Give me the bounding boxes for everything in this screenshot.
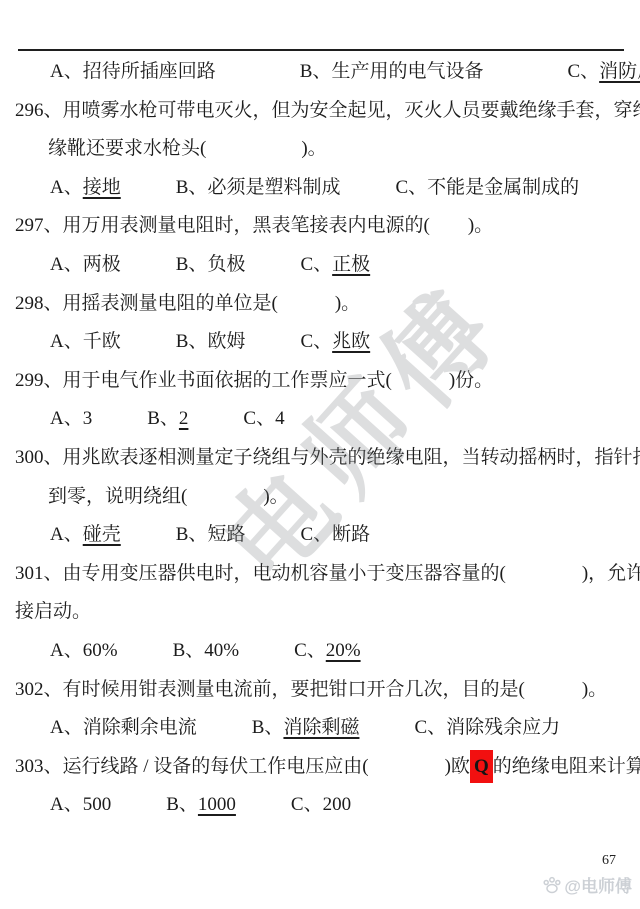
option-b: B、负极 [176, 254, 246, 275]
option-label: C、 [243, 408, 275, 429]
question-text-line: 298、用摇表测量电阻的单位是( )。 [0, 285, 640, 324]
option-a: A、千欧 [50, 331, 121, 352]
option-label: C、 [300, 524, 332, 545]
option-label: C、 [395, 177, 427, 198]
option-c: C、不能是金属制成的 [395, 177, 579, 198]
option-label: A、 [50, 177, 83, 198]
corner-watermark: @电师傅 [542, 872, 632, 897]
option-label: A、 [50, 794, 83, 815]
option-text: 负极 [207, 254, 245, 275]
option-label: A、 [50, 61, 83, 82]
option-a: A、碰壳 [50, 524, 121, 545]
options-line: A、招待所插座回路B、生产用的电气设备C、消防用电梯 [0, 53, 640, 92]
option-b: B、短路 [176, 524, 246, 545]
option-text: 必须是塑料制成 [207, 177, 340, 198]
option-label: C、 [300, 331, 332, 352]
option-c: C、20% [294, 640, 361, 661]
option-c: C、兆欧 [300, 331, 370, 352]
option-text: 200 [323, 794, 352, 815]
option-text: 不能是金属制成的 [427, 177, 579, 198]
option-label: A、 [50, 640, 83, 661]
option-label: A、 [50, 524, 83, 545]
option-label: C、 [294, 640, 326, 661]
option-text: 消除残余应力 [446, 717, 560, 738]
question-text-line: 300、用兆欧表逐相测量定子绕组与外壳的绝缘电阻，当转动摇柄时，指针指 [0, 439, 640, 478]
option-label: A、 [50, 331, 83, 352]
option-b: B、2 [147, 408, 188, 429]
correct-answer: 正极 [332, 254, 370, 275]
option-text: 短路 [207, 524, 245, 545]
option-b: B、1000 [166, 794, 236, 815]
options-line: A、两极B、负极C、正极 [0, 246, 640, 285]
option-a: A、两极 [50, 254, 121, 275]
option-c: C、200 [291, 794, 351, 815]
option-c: C、4 [243, 408, 284, 429]
option-label: B、 [176, 331, 208, 352]
option-c: C、正极 [300, 254, 370, 275]
option-label: B、 [252, 717, 284, 738]
option-c: C、断路 [300, 524, 370, 545]
option-b: B、欧姆 [176, 331, 246, 352]
correct-answer: 消除剩磁 [283, 717, 359, 738]
text-segment: 的绝缘电阻来计算。 [493, 756, 640, 777]
text-segment: 301、由专用变压器供电时，电动机容量小于变压器容量的( )，允许直 [15, 563, 640, 584]
option-c: C、消除残余应力 [414, 717, 560, 738]
options-line: A、500B、1000C、200 [0, 786, 640, 825]
question-text-line: 接启动。 [0, 593, 640, 632]
option-text: 招待所插座回路 [83, 61, 216, 82]
highlighted-text: Q [470, 750, 493, 783]
option-b: B、必须是塑料制成 [176, 177, 341, 198]
option-b: B、40% [173, 640, 240, 661]
options-line: A、60%B、40%C、20% [0, 632, 640, 671]
option-label: B、 [176, 524, 208, 545]
options-line: A、碰壳B、短路C、断路 [0, 516, 640, 555]
correct-answer: 兆欧 [332, 331, 370, 352]
option-label: C、 [567, 61, 599, 82]
correct-answer: 碰壳 [83, 524, 121, 545]
question-text-line: 297、用万用表测量电阻时，黑表笔接表内电源的( )。 [0, 207, 640, 246]
option-text: 4 [275, 408, 285, 429]
option-a: A、接地 [50, 177, 121, 198]
corner-watermark-text: @电师傅 [564, 872, 632, 897]
option-text: 500 [83, 794, 112, 815]
option-text: 3 [83, 408, 93, 429]
option-text: 60% [83, 640, 118, 661]
option-a: A、3 [50, 408, 92, 429]
option-a: A、消除剩余电流 [50, 717, 197, 738]
option-text: 消除剩余电流 [83, 717, 197, 738]
question-text-line: 299、用于电气作业书面依据的工作票应一式( )份。 [0, 362, 640, 401]
question-text-line: 缘靴还要求水枪头( )。 [0, 130, 640, 169]
text-segment: 297、用万用表测量电阻时，黑表笔接表内电源的( )。 [15, 215, 493, 236]
text-segment: 到零，说明绕组( )。 [48, 486, 289, 507]
option-a: A、500 [50, 794, 111, 815]
text-segment: 缘靴还要求水枪头( )。 [48, 138, 327, 159]
text-segment: 302、有时候用钳表测量电流前，要把钳口开合几次，目的是( )。 [15, 679, 607, 700]
correct-answer: 20% [326, 640, 361, 661]
text-segment: 298、用摇表测量电阻的单位是( )。 [15, 293, 360, 314]
correct-answer: 接地 [83, 177, 121, 198]
option-label: B、 [173, 640, 205, 661]
text-segment: 300、用兆欧表逐相测量定子绕组与外壳的绝缘电阻，当转动摇柄时，指针指 [15, 447, 640, 468]
option-a: A、招待所插座回路 [50, 61, 216, 82]
question-text-line: 到零，说明绕组( )。 [0, 478, 640, 517]
option-text: 生产用的电气设备 [331, 61, 483, 82]
question-sheet: A、招待所插座回路B、生产用的电气设备C、消防用电梯296、用喷雾水枪可带电灭火… [0, 53, 640, 825]
question-text-line: 301、由专用变压器供电时，电动机容量小于变压器容量的( )，允许直 [0, 555, 640, 594]
option-label: A、 [50, 408, 83, 429]
page-number: 67 [602, 853, 616, 869]
options-line: A、千欧B、欧姆C、兆欧 [0, 323, 640, 362]
text-segment: 303、运行线路 / 设备的每伏工作电压应由( )欧 [15, 756, 470, 777]
text-segment: 299、用于电气作业书面依据的工作票应一式( )份。 [15, 370, 493, 391]
correct-answer: 消防用电梯 [599, 61, 640, 82]
option-a: A、60% [50, 640, 118, 661]
text-segment: 296、用喷雾水枪可带电灭火，但为安全起见，灭火人员要戴绝缘手套，穿绝 [15, 100, 640, 121]
option-text: 千欧 [83, 331, 121, 352]
question-text-line: 302、有时候用钳表测量电流前，要把钳口开合几次，目的是( )。 [0, 671, 640, 710]
header-rule [18, 49, 624, 51]
option-label: A、 [50, 717, 83, 738]
options-line: A、3B、2C、4 [0, 400, 640, 439]
options-line: A、消除剩余电流B、消除剩磁C、消除残余应力 [0, 709, 640, 748]
option-label: B、 [300, 61, 332, 82]
option-c: C、消防用电梯 [567, 61, 640, 82]
option-label: C、 [300, 254, 332, 275]
option-label: B、 [176, 177, 208, 198]
option-b: B、生产用的电气设备 [300, 61, 484, 82]
option-label: C、 [414, 717, 446, 738]
option-label: B、 [147, 408, 179, 429]
option-text: 欧姆 [207, 331, 245, 352]
option-label: C、 [291, 794, 323, 815]
correct-answer: 1000 [198, 794, 236, 815]
question-text-line: 303、运行线路 / 设备的每伏工作电压应由( )欧Q的绝缘电阻来计算。 [0, 748, 640, 787]
option-text: 两极 [83, 254, 121, 275]
option-b: B、消除剩磁 [252, 717, 360, 738]
paw-logo-icon [542, 875, 562, 895]
correct-answer: 2 [179, 408, 189, 429]
question-text-line: 296、用喷雾水枪可带电灭火，但为安全起见，灭火人员要戴绝缘手套，穿绝 [0, 92, 640, 131]
option-label: B、 [166, 794, 198, 815]
text-segment: 接启动。 [15, 601, 91, 622]
options-line: A、接地B、必须是塑料制成C、不能是金属制成的 [0, 169, 640, 208]
option-text: 断路 [332, 524, 370, 545]
option-label: A、 [50, 254, 83, 275]
option-text: 40% [204, 640, 239, 661]
option-label: B、 [176, 254, 208, 275]
